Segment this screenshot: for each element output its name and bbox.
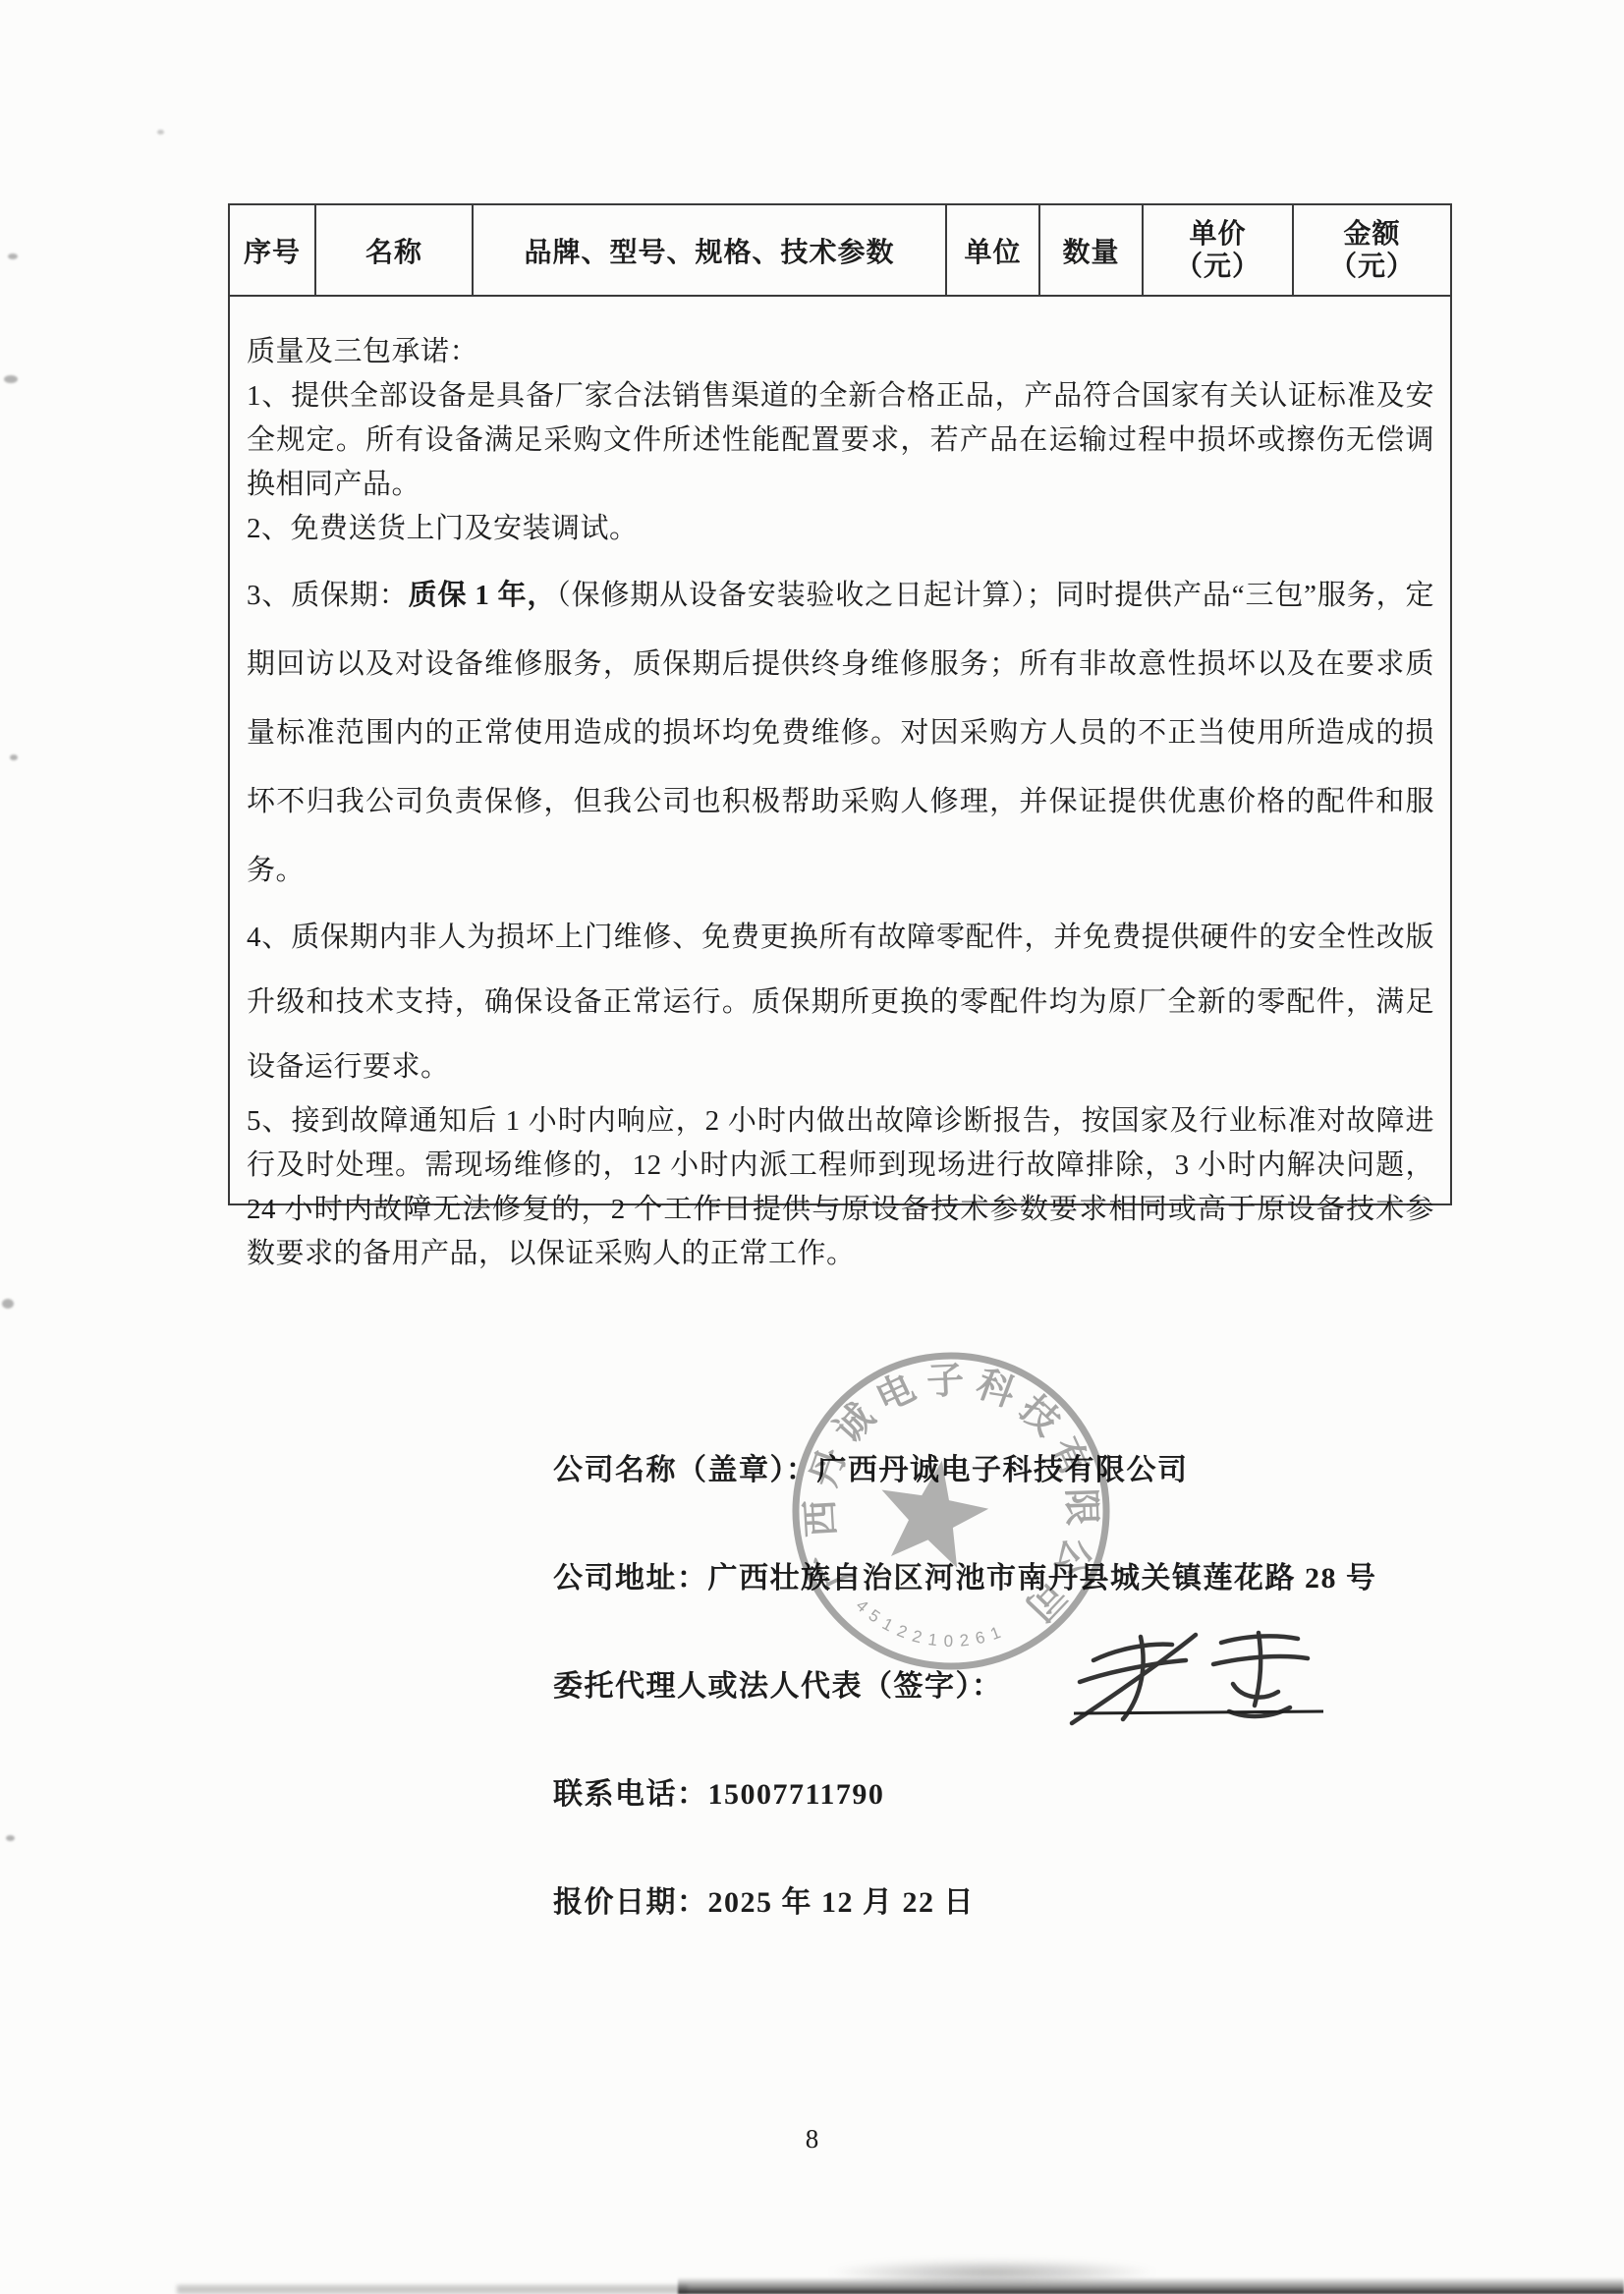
amount-line2: （元） [1329,251,1415,283]
date-line: 报价日期：2025 年 12 月 22 日 [553,1884,1377,1922]
scan-artifact [10,755,18,760]
company-address-label: 公司地址： [553,1562,708,1595]
seal-star-icon [870,1451,995,1571]
phone-value: 15007711790 [708,1778,885,1811]
header-cell-amount: 金额 （元） [1294,205,1450,295]
header-cell-name: 名称 [316,205,474,295]
scan-artifact [8,253,18,259]
header-cell-unit: 单位 [947,205,1040,295]
item3-prefix: 3、质保期： [247,580,409,611]
scan-artifact [157,130,164,135]
header-cell-spec: 品牌、型号、规格、技术参数 [474,205,947,295]
date-value: 2025 年 12 月 22 日 [708,1886,976,1919]
svg-text:广西丹诚电子科技有限公司: 广西丹诚电子科技有限公司 [784,1336,1126,1640]
signature-strokes [1066,1623,1331,1731]
date-label: 报价日期： [553,1886,708,1919]
seal-company-name: 广西丹诚电子科技有限公司 [784,1336,1126,1640]
header-cell-qty: 数量 [1040,205,1144,295]
item3-warranty-term: 质保 1 年， [409,580,557,611]
unit-price-line1: 单价 [1189,218,1246,251]
phone-line: 联系电话：15007711790 [553,1776,1377,1814]
spec-table: 序号 名称 品牌、型号、规格、技术参数 单位 数量 单价 （元） 金额 （元） … [228,203,1452,1205]
commitment-item-2: 2、免费送货上门及安装调试。 [247,507,1434,551]
commitment-item-1: 1、提供全部设备是具备厂家合法销售渠道的全新合格正品，产品符合国家有关认证标准及… [247,374,1434,507]
seal-serial-number: 4512210261 [848,1595,1010,1662]
phone-label: 联系电话： [553,1778,708,1811]
scan-smudge [177,2285,688,2294]
scan-smudge [678,2277,1624,2294]
amount-line1: 金额 [1343,218,1400,251]
item3-rest: （保修期从设备安装验收之日起计算）；同时提供产品“三包”服务，定期回访以及对设备… [247,580,1434,886]
commitment-item-5: 5、接到故障通知后 1 小时内响应，2 小时内做出故障诊断报告，按国家及行业标准… [247,1099,1434,1276]
spec-table-header-row: 序号 名称 品牌、型号、规格、技术参数 单位 数量 单价 （元） 金额 （元） [228,203,1452,297]
header-cell-seq: 序号 [230,205,316,295]
page-number: 8 [0,2124,1624,2154]
scan-artifact [2,1299,14,1309]
commitment-title: 质量及三包承诺： [247,330,1434,374]
handwritten-signature: 韦嘉 [1066,1623,1331,1736]
scan-artifact [6,1835,15,1841]
scan-artifact [4,375,18,383]
commitment-item-4: 4、质保期内非人为损坏上门维修、免费更换所有故障零配件，并免费提供硬件的安全性改… [247,905,1434,1099]
commitment-section: 质量及三包承诺： 1、提供全部设备是具备厂家合法销售渠道的全新合格正品，产品符合… [228,297,1452,1205]
commitment-item-3: 3、质保期：质保 1 年，（保修期从设备安装验收之日起计算）；同时提供产品“三包… [247,561,1434,905]
header-cell-unit-price: 单价 （元） [1144,205,1294,295]
scanned-quotation-page: 序号 名称 品牌、型号、规格、技术参数 单位 数量 单价 （元） 金额 （元） … [0,0,1624,2294]
svg-text:4512210261: 4512210261 [848,1595,1010,1662]
unit-price-line2: （元） [1175,251,1260,283]
